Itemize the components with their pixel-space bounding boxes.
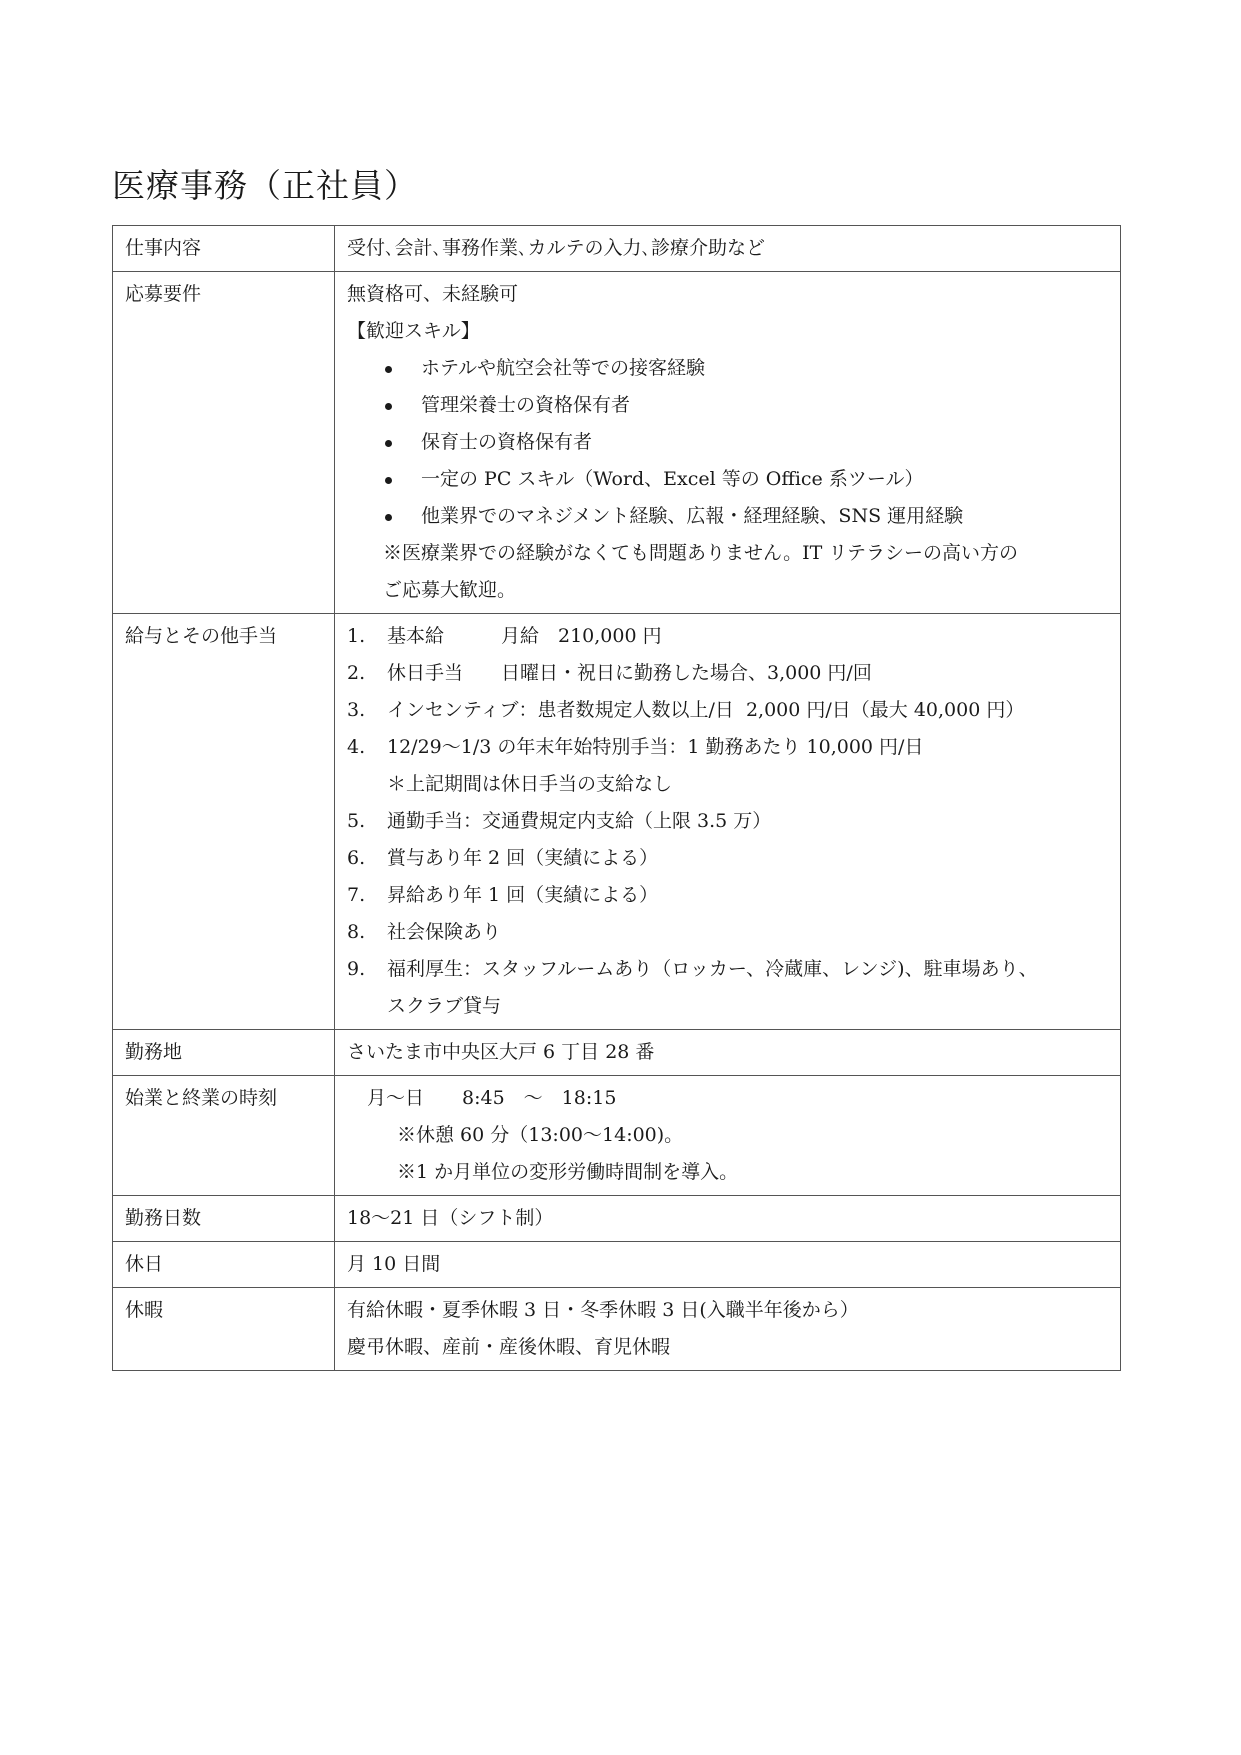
salary-item-text: 昇給あり年 1 回（実績による） — [387, 877, 1108, 914]
row-location: 勤務地 さいたま市中央区大戸 6 丁目 28 番 — [113, 1030, 1121, 1076]
label-hours: 始業と終業の時刻 — [113, 1076, 335, 1196]
row-hours: 始業と終業の時刻 月～日 8:45 ～ 18:15 ※休憩 60 分（13:00… — [113, 1076, 1121, 1196]
salary-item-num: 5. — [347, 803, 387, 840]
skills-heading: 【歓迎スキル】 — [347, 313, 1108, 350]
salary-item: 1. 基本給 月給 210,000 円 — [347, 618, 1108, 655]
label-requirements: 応募要件 — [113, 272, 335, 614]
value-job-content: 受付､会計､事務作業､カルテの入力､診療介助など — [335, 226, 1121, 272]
page-title: 医療事務（正社員） — [112, 160, 418, 207]
label-holidays: 休日 — [113, 1242, 335, 1288]
salary-item-num: 6. — [347, 840, 387, 877]
value-leave: 有給休暇・夏季休暇 3 日・冬季休暇 3 日(入職半年後から） 慶弔休暇、産前・… — [335, 1288, 1121, 1371]
row-salary: 給与とその他手当 1. 基本給 月給 210,000 円 2. 休日手当 日曜日… — [113, 614, 1121, 1030]
salary-item-text: 通勤手当：交通費規定内支給（上限 3.5 万） — [387, 803, 1108, 840]
hours-main: 月～日 8:45 ～ 18:15 — [347, 1080, 1108, 1117]
row-leave: 休暇 有給休暇・夏季休暇 3 日・冬季休暇 3 日(入職半年後から） 慶弔休暇、… — [113, 1288, 1121, 1371]
salary-item: 5. 通勤手当：交通費規定内支給（上限 3.5 万） — [347, 803, 1108, 840]
value-location: さいたま市中央区大戸 6 丁目 28 番 — [335, 1030, 1121, 1076]
value-hours: 月～日 8:45 ～ 18:15 ※休憩 60 分（13:00～14:00)。 … — [335, 1076, 1121, 1196]
salary-item-num: 1. — [347, 618, 387, 655]
value-salary: 1. 基本給 月給 210,000 円 2. 休日手当 日曜日・祝日に勤務した場… — [335, 614, 1121, 1030]
row-work-days: 勤務日数 18～21 日（シフト制） — [113, 1196, 1121, 1242]
salary-item9-continued: スクラブ貸与 — [347, 988, 1108, 1025]
requirements-basic: 無資格可、未経験可 — [347, 276, 1108, 313]
salary-item-text: 休日手当 日曜日・祝日に勤務した場合、3,000 円/回 — [387, 655, 1108, 692]
skill-item: 一定の PC スキル（Word、Excel 等の Office 系ツール） — [383, 461, 1108, 498]
salary-item: 6. 賞与あり年 2 回（実績による） — [347, 840, 1108, 877]
label-location: 勤務地 — [113, 1030, 335, 1076]
salary-item-text: 賞与あり年 2 回（実績による） — [387, 840, 1108, 877]
salary-item-num: 2. — [347, 655, 387, 692]
leave-line1: 有給休暇・夏季休暇 3 日・冬季休暇 3 日(入職半年後から） — [347, 1292, 1108, 1329]
salary-item-num: 7. — [347, 877, 387, 914]
salary-item: 2. 休日手当 日曜日・祝日に勤務した場合、3,000 円/回 — [347, 655, 1108, 692]
salary-item-text: 12/29～1/3 の年末年始特別手当：1 勤務あたり 10,000 円/日 — [387, 729, 1108, 766]
skills-list: ホテルや航空会社等での接客経験 管理栄養士の資格保有者 保育士の資格保有者 一定… — [347, 350, 1108, 535]
hours-break-note: ※休憩 60 分（13:00～14:00)。 — [347, 1117, 1108, 1154]
salary-item: 8. 社会保険あり — [347, 914, 1108, 951]
requirements-note-line1: ※医療業界での経験がなくても問題ありません。IT リテラシーの高い方の — [347, 535, 1108, 572]
skill-item: 保育士の資格保有者 — [383, 424, 1108, 461]
skill-item: 他業界でのマネジメント経験、広報・経理経験、SNS 運用経験 — [383, 498, 1108, 535]
salary-item-num: 4. — [347, 729, 387, 766]
value-holidays: 月 10 日間 — [335, 1242, 1121, 1288]
salary-item-text: インセンティブ：患者数規定人数以上/日 2,000 円/日（最大 40,000 … — [387, 692, 1108, 729]
row-holidays: 休日 月 10 日間 — [113, 1242, 1121, 1288]
salary-list-continued: 5. 通勤手当：交通費規定内支給（上限 3.5 万） 6. 賞与あり年 2 回（… — [347, 803, 1108, 988]
salary-item: 7. 昇給あり年 1 回（実績による） — [347, 877, 1108, 914]
leave-line2: 慶弔休暇、産前・産後休暇、育児休暇 — [347, 1329, 1108, 1366]
label-work-days: 勤務日数 — [113, 1196, 335, 1242]
salary-item-num: 8. — [347, 914, 387, 951]
hours-variable-note: ※1 か月単位の変形労働時間制を導入。 — [347, 1154, 1108, 1191]
salary-list: 1. 基本給 月給 210,000 円 2. 休日手当 日曜日・祝日に勤務した場… — [347, 618, 1108, 766]
requirements-note-line2: ご応募大歓迎。 — [347, 572, 1108, 609]
skill-item: ホテルや航空会社等での接客経験 — [383, 350, 1108, 387]
salary-item-num: 3. — [347, 692, 387, 729]
salary-item-text: 基本給 月給 210,000 円 — [387, 618, 1108, 655]
label-job-content: 仕事内容 — [113, 226, 335, 272]
salary-item-text: 社会保険あり — [387, 914, 1108, 951]
value-work-days: 18～21 日（シフト制） — [335, 1196, 1121, 1242]
salary-item: 3. インセンティブ：患者数規定人数以上/日 2,000 円/日（最大 40,0… — [347, 692, 1108, 729]
salary-item-text: 福利厚生：スタッフルームあり（ロッカー、冷蔵庫、レンジ)、駐車場あり、 — [387, 951, 1108, 988]
salary-item4-note: ＊上記期間は休日手当の支給なし — [347, 766, 1108, 803]
label-salary: 給与とその他手当 — [113, 614, 335, 1030]
row-requirements: 応募要件 無資格可、未経験可 【歓迎スキル】 ホテルや航空会社等での接客経験 管… — [113, 272, 1121, 614]
job-details-table: 仕事内容 受付､会計､事務作業､カルテの入力､診療介助など 応募要件 無資格可、… — [112, 225, 1121, 1371]
salary-item: 9. 福利厚生：スタッフルームあり（ロッカー、冷蔵庫、レンジ)、駐車場あり、 — [347, 951, 1108, 988]
salary-item: 4. 12/29～1/3 の年末年始特別手当：1 勤務あたり 10,000 円/… — [347, 729, 1108, 766]
value-requirements: 無資格可、未経験可 【歓迎スキル】 ホテルや航空会社等での接客経験 管理栄養士の… — [335, 272, 1121, 614]
salary-item-num: 9. — [347, 951, 387, 988]
skill-item: 管理栄養士の資格保有者 — [383, 387, 1108, 424]
row-job-content: 仕事内容 受付､会計､事務作業､カルテの入力､診療介助など — [113, 226, 1121, 272]
label-leave: 休暇 — [113, 1288, 335, 1371]
